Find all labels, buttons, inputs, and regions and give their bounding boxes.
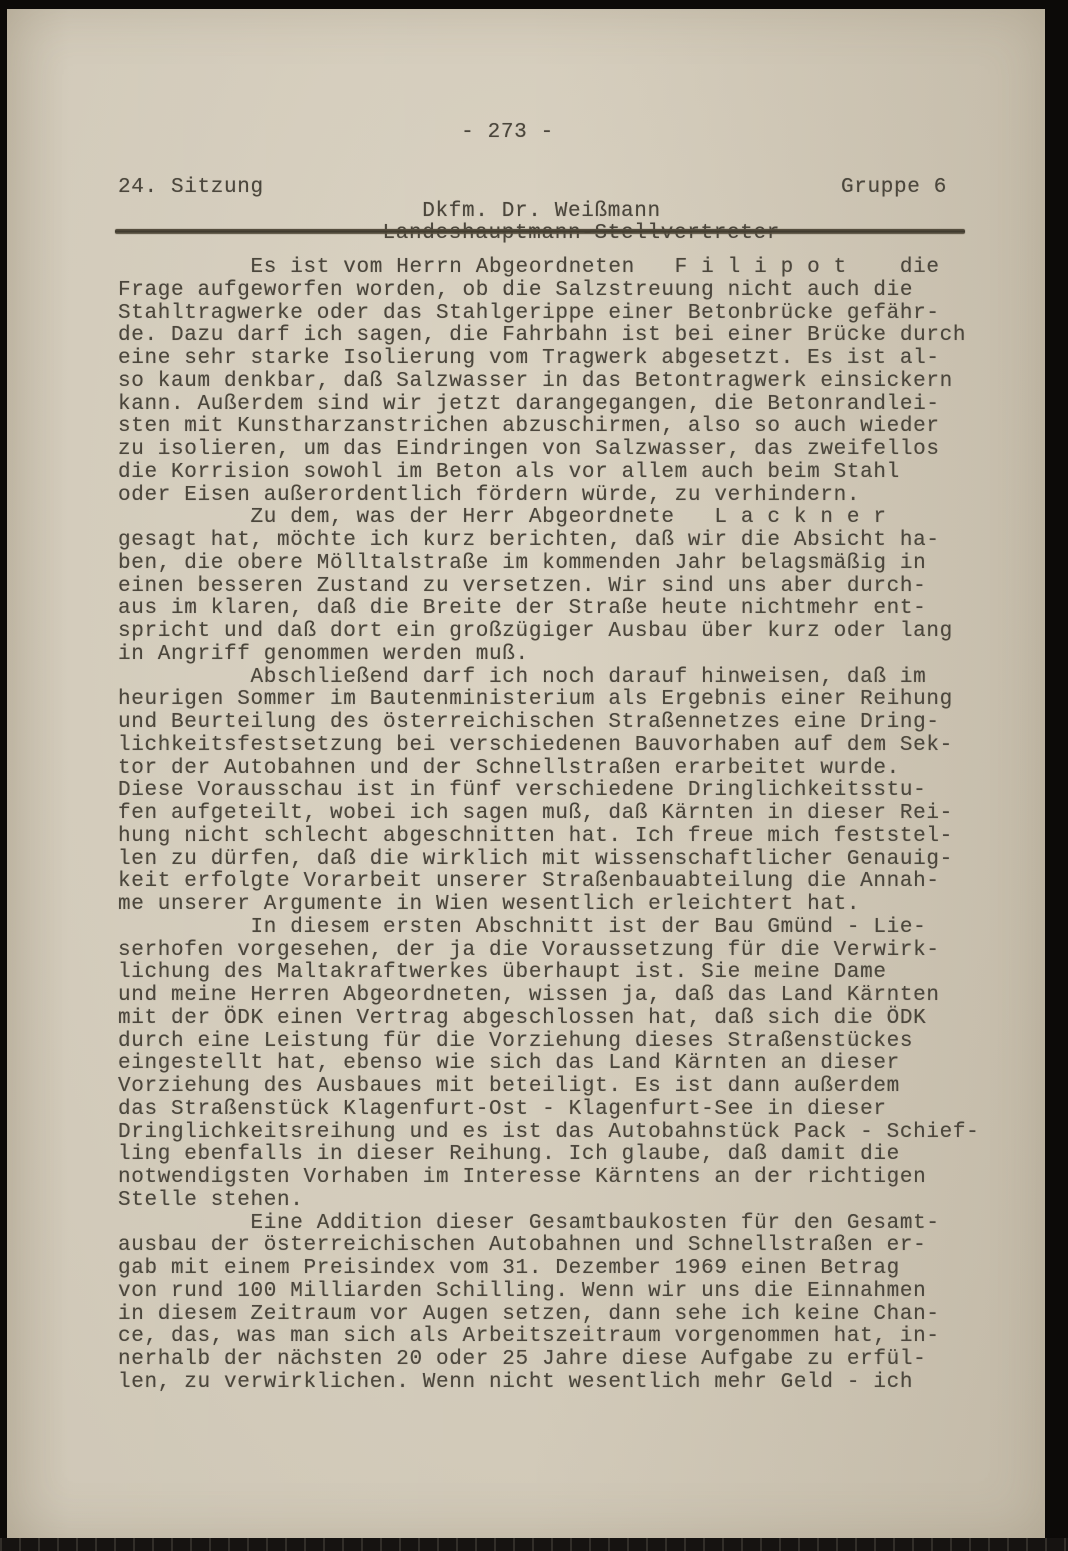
document-body: Es ist vom Herrn Abgeordneten F i l i p … [118, 257, 998, 1395]
scan-film-edge [0, 1538, 1068, 1551]
scanned-page: - 273 - 24. Sitzung Landeshauptmann-Stel… [0, 0, 1068, 1551]
paragraph: Eine Addition dieser Gesamtbaukosten für… [118, 1213, 998, 1395]
group-label: Gruppe 6 [841, 176, 947, 199]
paragraph: Abschließend darf ich noch darauf hinwei… [118, 667, 998, 917]
session-label: 24. Sitzung [118, 176, 264, 199]
page-number: - 273 - [84, 121, 931, 144]
paragraph: In diesem ersten Abschnitt ist der Bau G… [118, 917, 998, 1213]
paragraph: Es ist vom Herrn Abgeordneten F i l i p … [118, 257, 998, 507]
session-header: 24. Sitzung Landeshauptmann-Stellvertret… [118, 176, 965, 200]
header-rule [115, 229, 965, 234]
paragraph: Zu dem, was der Herr Abgeordnete L a c k… [118, 507, 998, 666]
paper-sheet: - 273 - 24. Sitzung Landeshauptmann-Stel… [7, 9, 1045, 1538]
header-subtitle: Dkfm. Dr. Weißmann [118, 200, 965, 223]
